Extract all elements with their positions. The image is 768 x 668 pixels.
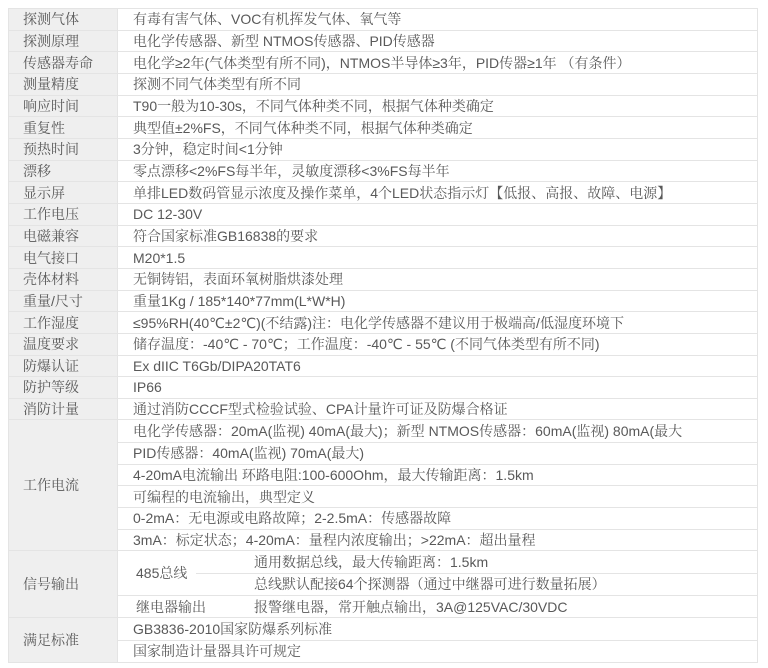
- spec-value: DC 12-30V: [118, 204, 757, 225]
- spec-label: 消防计量: [9, 399, 118, 420]
- spec-row: 预热时间 3分钟，稳定时间<1分钟: [9, 139, 757, 161]
- spec-row: 探测原理 电化学传感器、新型 NTMOS传感器、PID传感器: [9, 31, 757, 53]
- spec-label: 壳体材料: [9, 269, 118, 290]
- bus-485-label: 485总线: [118, 551, 196, 594]
- spec-label: 重复性: [9, 117, 118, 138]
- spec-value: 零点漂移<2%FS每半年，灵敏度漂移<3%FS每半年: [118, 161, 757, 182]
- spec-row: 防爆认证 Ex dIIC T6Gb/DIPA20TAT6: [9, 356, 757, 378]
- relay-output-value: 报警继电器，常开触点输出，3A@125VAC/30VDC: [238, 597, 757, 617]
- spec-value: IP66: [118, 377, 757, 398]
- spec-sub-value: GB3836-2010国家防爆系列标准: [118, 618, 757, 640]
- spec-label: 传感器寿命: [9, 52, 118, 73]
- spec-label: 漂移: [9, 161, 118, 182]
- spec-label: 工作电流: [9, 420, 118, 550]
- spec-label: 工作湿度: [9, 312, 118, 333]
- spec-row: 温度要求 储存温度：-40℃ - 70℃；工作温度：-40℃ - 55℃ (不同…: [9, 334, 757, 356]
- spec-label: 防爆认证: [9, 356, 118, 377]
- spec-row: 工作湿度 ≤95%RH(40℃±2℃)(不结露)注：电化学传感器不建议用于极端高…: [9, 312, 757, 334]
- spec-row: 电气接口 M20*1.5: [9, 247, 757, 269]
- spec-label: 满足标准: [9, 618, 118, 661]
- spec-row: 重复性 典型值±2%FS，不同气体种类不同，根据气体种类确定: [9, 117, 757, 139]
- standards-lines: GB3836-2010国家防爆系列标准国家制造计量器具许可规定: [118, 618, 757, 661]
- spec-label: 防护等级: [9, 377, 118, 398]
- spec-label: 工作电压: [9, 204, 118, 225]
- spec-row: 防护等级 IP66: [9, 377, 757, 399]
- simple-spec-rows: 探测气体 有毒有害气体、VOC有机挥发气体、氧气等 探测原理 电化学传感器、新型…: [9, 9, 757, 420]
- spec-label: 重量/尺寸: [9, 291, 118, 312]
- spec-value: 典型值±2%FS，不同气体种类不同，根据气体种类确定: [118, 117, 757, 138]
- spec-row: 测量精度 探测不同气体类型有所不同: [9, 74, 757, 96]
- spec-value: M20*1.5: [118, 247, 757, 268]
- signal-output-block: 信号输出 485总线 通用数据总线，最大传输距离：1.5km 总线默认配接64个…: [9, 551, 757, 618]
- signal-output-lines: 485总线 通用数据总线，最大传输距离：1.5km 总线默认配接64个探测器（通…: [118, 551, 757, 617]
- spec-label: 显示屏: [9, 182, 118, 203]
- spec-value: 无铜铸铝，表面环氧树脂烘漆处理: [118, 269, 757, 290]
- working-current-lines: 电化学传感器：20mA(监视) 40mA(最大)；新型 NTMOS传感器：60m…: [118, 420, 757, 550]
- spec-row: 传感器寿命 电化学≥2年(气体类型有所不同)，NTMOS半导体≥3年，PID传器…: [9, 52, 757, 74]
- spec-sub-value: 3mA：标定状态；4-20mA：量程内浓度输出；>22mA：超出量程: [118, 529, 757, 551]
- spec-row: 电磁兼容 符合国家标准GB16838的要求: [9, 226, 757, 248]
- spec-sub-value: 0-2mA：无电源或电路故障；2-2.5mA：传感器故障: [118, 507, 757, 529]
- gas-detector-spec-table: 探测气体 有毒有害气体、VOC有机挥发气体、氧气等 探测原理 电化学传感器、新型…: [8, 8, 758, 663]
- bus-485-values: 通用数据总线，最大传输距离：1.5km 总线默认配接64个探测器（通过中继器可进…: [196, 551, 757, 594]
- spec-value: 有毒有害气体、VOC有机挥发气体、氧气等: [118, 9, 757, 30]
- spec-value: 单排LED数码管显示浓度及操作菜单，4个LED状态指示灯【低报、高报、故障、电源…: [118, 182, 757, 203]
- spec-label: 探测原理: [9, 31, 118, 52]
- spec-value: 电化学传感器、新型 NTMOS传感器、PID传感器: [118, 31, 757, 52]
- spec-value: 电化学≥2年(气体类型有所不同)，NTMOS半导体≥3年，PID传器≥1年 （有…: [118, 52, 757, 73]
- spec-label: 温度要求: [9, 334, 118, 355]
- relay-output-row: 继电器输出 报警继电器，常开触点输出，3A@125VAC/30VDC: [118, 596, 757, 618]
- spec-sub-value: 电化学传感器：20mA(监视) 40mA(最大)；新型 NTMOS传感器：60m…: [118, 420, 757, 442]
- bus-485-line: 通用数据总线，最大传输距离：1.5km: [196, 551, 757, 573]
- standards-block: 满足标准 GB3836-2010国家防爆系列标准国家制造计量器具许可规定: [9, 618, 757, 662]
- spec-value: Ex dIIC T6Gb/DIPA20TAT6: [118, 356, 757, 377]
- spec-value: 探测不同气体类型有所不同: [118, 74, 757, 95]
- spec-label: 测量精度: [9, 74, 118, 95]
- spec-value: 通过消防CCCF型式检验试验、CPA计量许可证及防爆合格证: [118, 399, 757, 420]
- spec-sub-value: 4-20mA电流输出 环路电阻:100-600Ohm，最大传输距离：1.5km: [118, 464, 757, 486]
- spec-value: 储存温度：-40℃ - 70℃；工作温度：-40℃ - 55℃ (不同气体类型有…: [118, 334, 757, 355]
- spec-row: 探测气体 有毒有害气体、VOC有机挥发气体、氧气等: [9, 9, 757, 31]
- working-current-block: 工作电流 电化学传感器：20mA(监视) 40mA(最大)；新型 NTMOS传感…: [9, 420, 757, 551]
- spec-value: 重量1Kg / 185*140*77mm(L*W*H): [118, 291, 757, 312]
- bus-485-line: 总线默认配接64个探测器（通过中继器可进行数量拓展）: [196, 573, 757, 595]
- bus-485-group: 485总线 通用数据总线，最大传输距离：1.5km 总线默认配接64个探测器（通…: [118, 551, 757, 595]
- spec-row: 消防计量 通过消防CCCF型式检验试验、CPA计量许可证及防爆合格证: [9, 399, 757, 421]
- spec-row: 显示屏 单排LED数码管显示浓度及操作菜单，4个LED状态指示灯【低报、高报、故…: [9, 182, 757, 204]
- spec-row: 漂移 零点漂移<2%FS每半年，灵敏度漂移<3%FS每半年: [9, 161, 757, 183]
- spec-row: 重量/尺寸 重量1Kg / 185*140*77mm(L*W*H): [9, 291, 757, 313]
- spec-label: 响应时间: [9, 96, 118, 117]
- spec-row: 壳体材料 无铜铸铝，表面环氧树脂烘漆处理: [9, 269, 757, 291]
- spec-sub-value: 国家制造计量器具许可规定: [118, 640, 757, 662]
- spec-sub-value: 可编程的电流输出，典型定义: [118, 485, 757, 507]
- spec-row: 响应时间 T90一般为10-30s，不同气体种类不同，根据气体种类确定: [9, 96, 757, 118]
- spec-label: 探测气体: [9, 9, 118, 30]
- spec-label: 信号输出: [9, 551, 118, 617]
- relay-output-label: 继电器输出: [118, 597, 238, 617]
- spec-row: 工作电压 DC 12-30V: [9, 204, 757, 226]
- spec-label: 电气接口: [9, 247, 118, 268]
- spec-value: 3分钟，稳定时间<1分钟: [118, 139, 757, 160]
- spec-label: 预热时间: [9, 139, 118, 160]
- spec-sub-value: PID传感器：40mA(监视) 70mA(最大): [118, 442, 757, 464]
- spec-value: 符合国家标准GB16838的要求: [118, 226, 757, 247]
- spec-value: ≤95%RH(40℃±2℃)(不结露)注：电化学传感器不建议用于极端高/低湿度环…: [118, 312, 757, 333]
- spec-value: T90一般为10-30s，不同气体种类不同，根据气体种类确定: [118, 96, 757, 117]
- spec-label: 电磁兼容: [9, 226, 118, 247]
